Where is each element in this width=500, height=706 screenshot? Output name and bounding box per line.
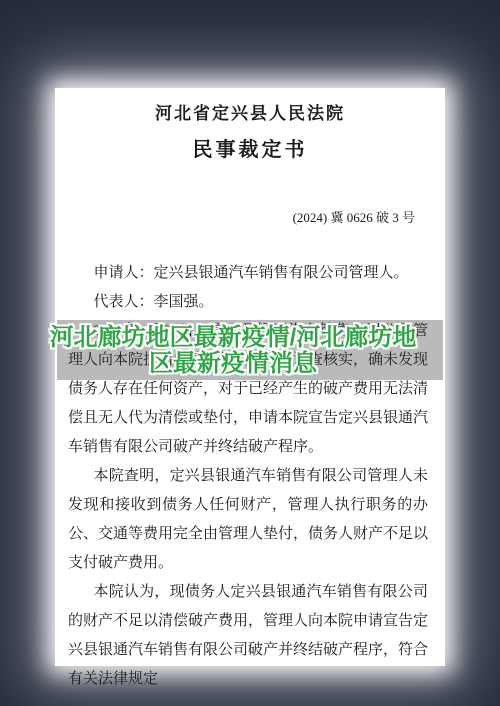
watermark-title-line-2: 区最新疫情消息: [33, 351, 433, 377]
case-number: (2024) 冀 0626 破 3 号: [55, 209, 415, 227]
paragraph-findings: 本院查明，定兴县银通汽车销售有限公司管理人未发现和接收到债务人任何财产，管理人执…: [68, 462, 428, 578]
watermark-title: 河北廊坊地区最新疫情/河北廊坊地 区最新疫情消息: [33, 325, 433, 377]
representative-line: 代表人：李国强。: [68, 288, 428, 317]
watermark-title-line-1: 河北廊坊地区最新疫情/河北廊坊地: [33, 325, 433, 351]
applicant-line: 申请人：定兴县银通汽车销售有限公司管理人。: [68, 259, 428, 288]
paragraph-opinion: 本院认为，现债务人定兴县银通汽车销售有限公司的财产不足以清偿破产费用，管理人向本…: [68, 578, 428, 694]
court-name: 河北省定兴县人民法院: [55, 104, 445, 124]
screenshot-root: 河北省定兴县人民法院 民事裁定书 (2024) 冀 0626 破 3 号 申请人…: [0, 0, 500, 706]
document-title: 民事裁定书: [55, 138, 445, 163]
page-number: 1: [55, 641, 445, 656]
